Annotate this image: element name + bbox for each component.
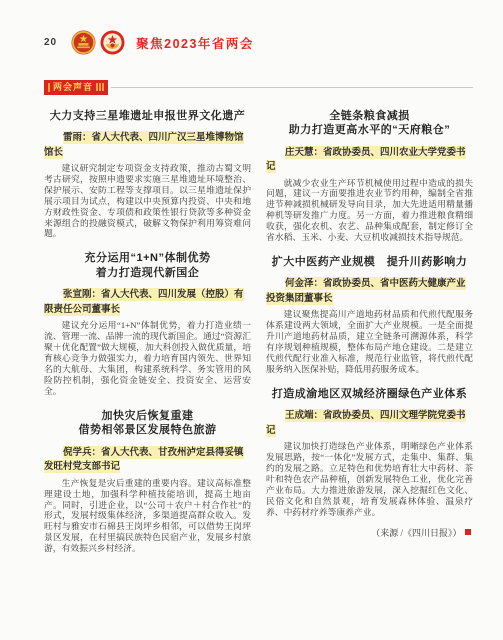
article-author: 庄天慧：省政协委员、四川农业大学党委书记 — [266, 146, 473, 175]
voice-label-badge: 两会声音 — [44, 80, 108, 95]
label-rule — [111, 87, 473, 88]
article-title: 扩大中医药产业规模 提升川药影响力 — [268, 255, 471, 270]
national-emblem-icon — [71, 30, 96, 55]
author-highlight: 王成端：省政协委员、四川文理学院党委书记 — [266, 409, 466, 437]
article-green-industry: 打造成渝地区双城经济圈绿色产业体系 王成端：省政协委员、四川文理学院党委书记 建… — [266, 387, 473, 539]
author-highlight: 何金泽：省政协委员、省中医药大健康产业投资集团董事长 — [266, 277, 466, 305]
author-highlight: 庄天慧：省政协委员、四川农业大学党委书记 — [266, 146, 466, 174]
cppcc-emblem-icon — [100, 30, 125, 55]
label-row: 两会声音 — [44, 80, 473, 95]
article-title: 大力支持三星堆遗址申报世界文化遗产 — [46, 109, 249, 124]
article-columns: 大力支持三星堆遗址申报世界文化遗产 雷雨：省人大代表、四川广汉三星堆博物馆馆长 … — [44, 103, 473, 565]
source-text: （来源 /《四川日报》） — [371, 526, 461, 539]
label-stripes-icon — [96, 83, 104, 91]
article-author: 雷雨：省人大代表、四川广汉三星堆博物馆馆长 — [44, 131, 251, 160]
article-end-mark-icon — [465, 529, 472, 536]
article-author: 倪学兵：省人大代表、甘孜州泸定县得妥镇发旺村党支部书记 — [44, 446, 251, 475]
article-body: 建议聚焦提高川产道地药材品质和代煎代配服务体系建设两大领域，全面扩大产业规模。一… — [266, 309, 473, 374]
article-tcm-industry: 扩大中医药产业规模 提升川药影响力 何金泽：省政协委员、省中医药大健康产业投资集… — [266, 255, 473, 375]
page-header: 20 聚焦2023年省两会 — [44, 30, 473, 55]
magazine-page: 20 聚焦2023年省两会 两会声音 — [0, 0, 503, 640]
article-author: 张宣刚：省人大代表、四川发展（控股）有限责任公司董事长 — [44, 288, 251, 317]
page-number: 20 — [44, 37, 57, 48]
article-body: 生产恢复是灾后重建的重要内容。建议高标准整理建设土地，加强科学种植技能培训，提高… — [44, 478, 251, 554]
article-1n-soe: 充分运用“1+N”体制优势 着力打造现代新国企 张宣刚：省人大代表、四川发展（控… — [44, 251, 251, 396]
left-column: 大力支持三星堆遗址申报世界文化遗产 雷雨：省人大代表、四川广汉三星堆博物馆馆长 … — [44, 103, 251, 565]
article-title: 充分运用“1+N”体制优势 着力打造现代新国企 — [46, 251, 249, 280]
article-disaster-rebuild: 加快灾后恢复重建 借势相邻景区发展特色旅游 倪学兵：省人大代表、甘孜州泸定县得妥… — [44, 409, 251, 554]
article-body: 建议充分运用“1+N”体制优势，着力打造业绩一流、管理一流、品牌一流的现代新国企… — [44, 320, 251, 396]
article-author: 王成端：省政协委员、四川文理学院党委书记 — [266, 409, 473, 438]
article-body: 建议研究制定专项资金支持政策，推动古蜀文明考古研究，按照申遗要求实施三星堆遗址环… — [44, 163, 251, 239]
article-sanxingdui: 大力支持三星堆遗址申报世界文化遗产 雷雨：省人大代表、四川广汉三星堆博物馆馆长 … — [44, 109, 251, 240]
article-grain-loss: 全链条粮食减损 助力打造更高水平的“天府粮仓” 庄天慧：省政协委员、四川农业大学… — [266, 109, 473, 243]
right-column: 全链条粮食减损 助力打造更高水平的“天府粮仓” 庄天慧：省政协委员、四川农业大学… — [266, 103, 473, 565]
section-title: 聚焦2023年省两会 — [136, 34, 254, 52]
label-left-bar-icon — [48, 83, 50, 92]
article-author: 何金泽：省政协委员、省中医药大健康产业投资集团董事长 — [266, 277, 473, 306]
article-title: 全链条粮食减损 助力打造更高水平的“天府粮仓” — [268, 109, 471, 138]
article-body: 建议加快打造绿色产业体系，明晰绿色产业体系发展思路，按“一体化”发展方式，走集中… — [266, 441, 473, 517]
author-highlight: 雷雨：省人大代表、四川广汉三星堆博物馆馆长 — [44, 131, 244, 159]
article-title: 打造成渝地区双城经济圈绿色产业体系 — [268, 387, 471, 402]
article-title: 加快灾后恢复重建 借势相邻景区发展特色旅游 — [46, 409, 249, 438]
voice-label-text: 两会声音 — [53, 82, 93, 92]
article-body: 就减少农业生产环节机械使用过程中造成的损失问题，建议一方面要推进农业节约用种，编… — [266, 178, 473, 243]
author-highlight: 张宣刚：省人大代表、四川发展（控股）有限责任公司董事长 — [44, 288, 244, 316]
author-highlight: 倪学兵：省人大代表、甘孜州泸定县得妥镇发旺村党支部书记 — [44, 446, 244, 474]
source-line: （来源 /《四川日报》） — [266, 526, 473, 539]
